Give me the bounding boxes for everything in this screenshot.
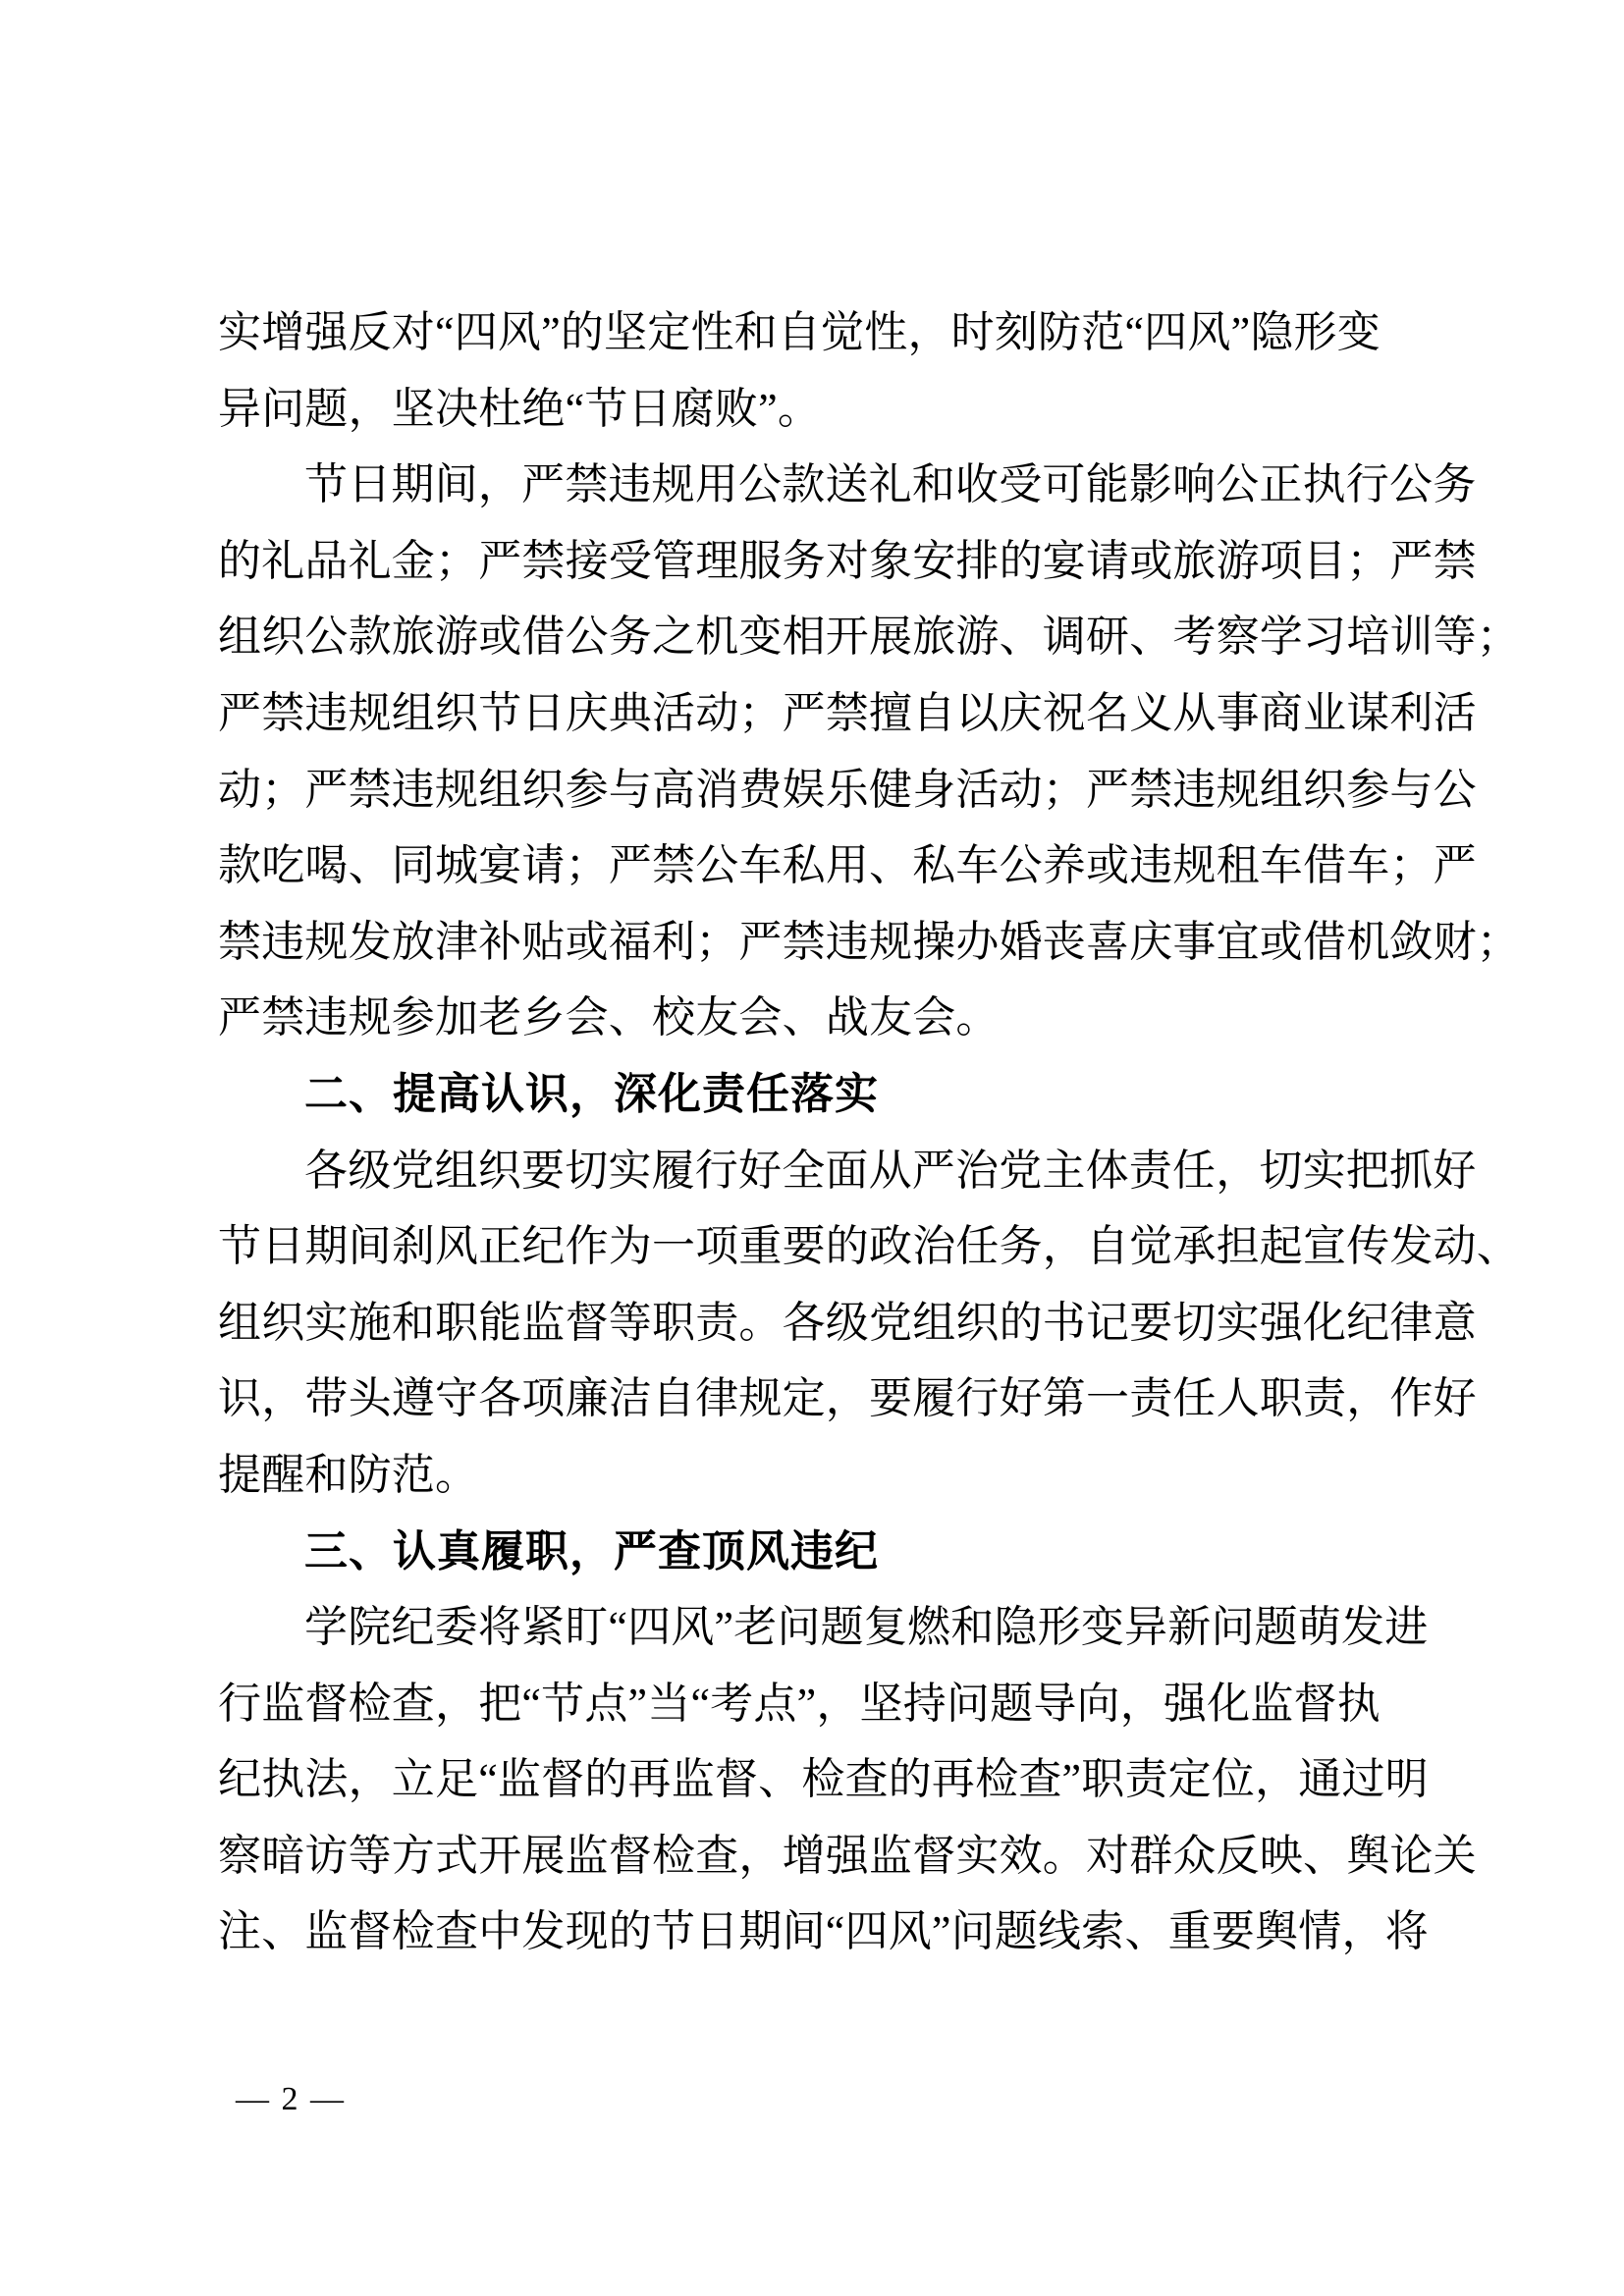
text-line: 注、监督检查中发现的节日期间“四风”问题线索、重要舆情，将 xyxy=(218,1894,1445,1970)
text-line: 款吃喝、同城宴请；严禁公车私用、私车公养或违规租车借车；严 xyxy=(218,828,1445,904)
document-body: 实增强反对“四风”的坚定性和自觉性，时刻防范“四风”隐形变 异问题，坚决杜绝“节… xyxy=(218,294,1445,1970)
text-line: 动；严禁违规组织参与高消费娱乐健身活动；严禁违规组织参与公 xyxy=(218,752,1445,828)
text-line: 行监督检查，把“节点”当“考点”，坚持问题导向，强化监督执 xyxy=(218,1666,1445,1742)
text-line: 组织实施和职能监督等职责。各级党组织的书记要切实强化纪律意 xyxy=(218,1285,1445,1362)
text-line: 节日期间，严禁违规用公款送礼和收受可能影响公正执行公务 xyxy=(218,447,1445,523)
text-line: 各级党组织要切实履行好全面从严治党主体责任，切实把抓好 xyxy=(218,1133,1445,1209)
text-line: 提醒和防范。 xyxy=(218,1437,1445,1514)
text-line: 识，带头遵守各项廉洁自律规定，要履行好第一责任人职责，作好 xyxy=(218,1361,1445,1437)
text-line: 纪执法，立足“监督的再监督、检查的再检查”职责定位，通过明 xyxy=(218,1741,1445,1818)
text-line: 禁违规发放津补贴或福利；严禁违规操办婚丧喜庆事宜或借机敛财； xyxy=(218,904,1445,981)
text-line: 实增强反对“四风”的坚定性和自觉性，时刻防范“四风”隐形变 xyxy=(218,294,1445,371)
text-line: 节日期间刹风正纪作为一项重要的政治任务，自觉承担起宣传发动、 xyxy=(218,1208,1445,1285)
section-heading: 三、认真履职，严查顶风违纪 xyxy=(218,1514,1445,1590)
page-number: — 2 — xyxy=(236,2081,346,2118)
section-heading: 二、提高认识，深化责任落实 xyxy=(218,1056,1445,1133)
text-line: 察暗访等方式开展监督检查，增强监督实效。对群众反映、舆论关 xyxy=(218,1818,1445,1895)
text-line: 异问题，坚决杜绝“节日腐败”。 xyxy=(218,371,1445,448)
text-line: 的礼品礼金；严禁接受管理服务对象安排的宴请或旅游项目；严禁 xyxy=(218,523,1445,600)
text-line: 严禁违规参加老乡会、校友会、战友会。 xyxy=(218,980,1445,1056)
text-line: 组织公款旅游或借公务之机变相开展旅游、调研、考察学习培训等； xyxy=(218,599,1445,675)
text-line: 学院纪委将紧盯“四风”老问题复燃和隐形变异新问题萌发进 xyxy=(218,1589,1445,1666)
text-line: 严禁违规组织节日庆典活动；严禁擅自以庆祝名义从事商业谋利活 xyxy=(218,675,1445,752)
document-page: 实增强反对“四风”的坚定性和自觉性，时刻防范“四风”隐形变 异问题，坚决杜绝“节… xyxy=(0,0,1624,2296)
